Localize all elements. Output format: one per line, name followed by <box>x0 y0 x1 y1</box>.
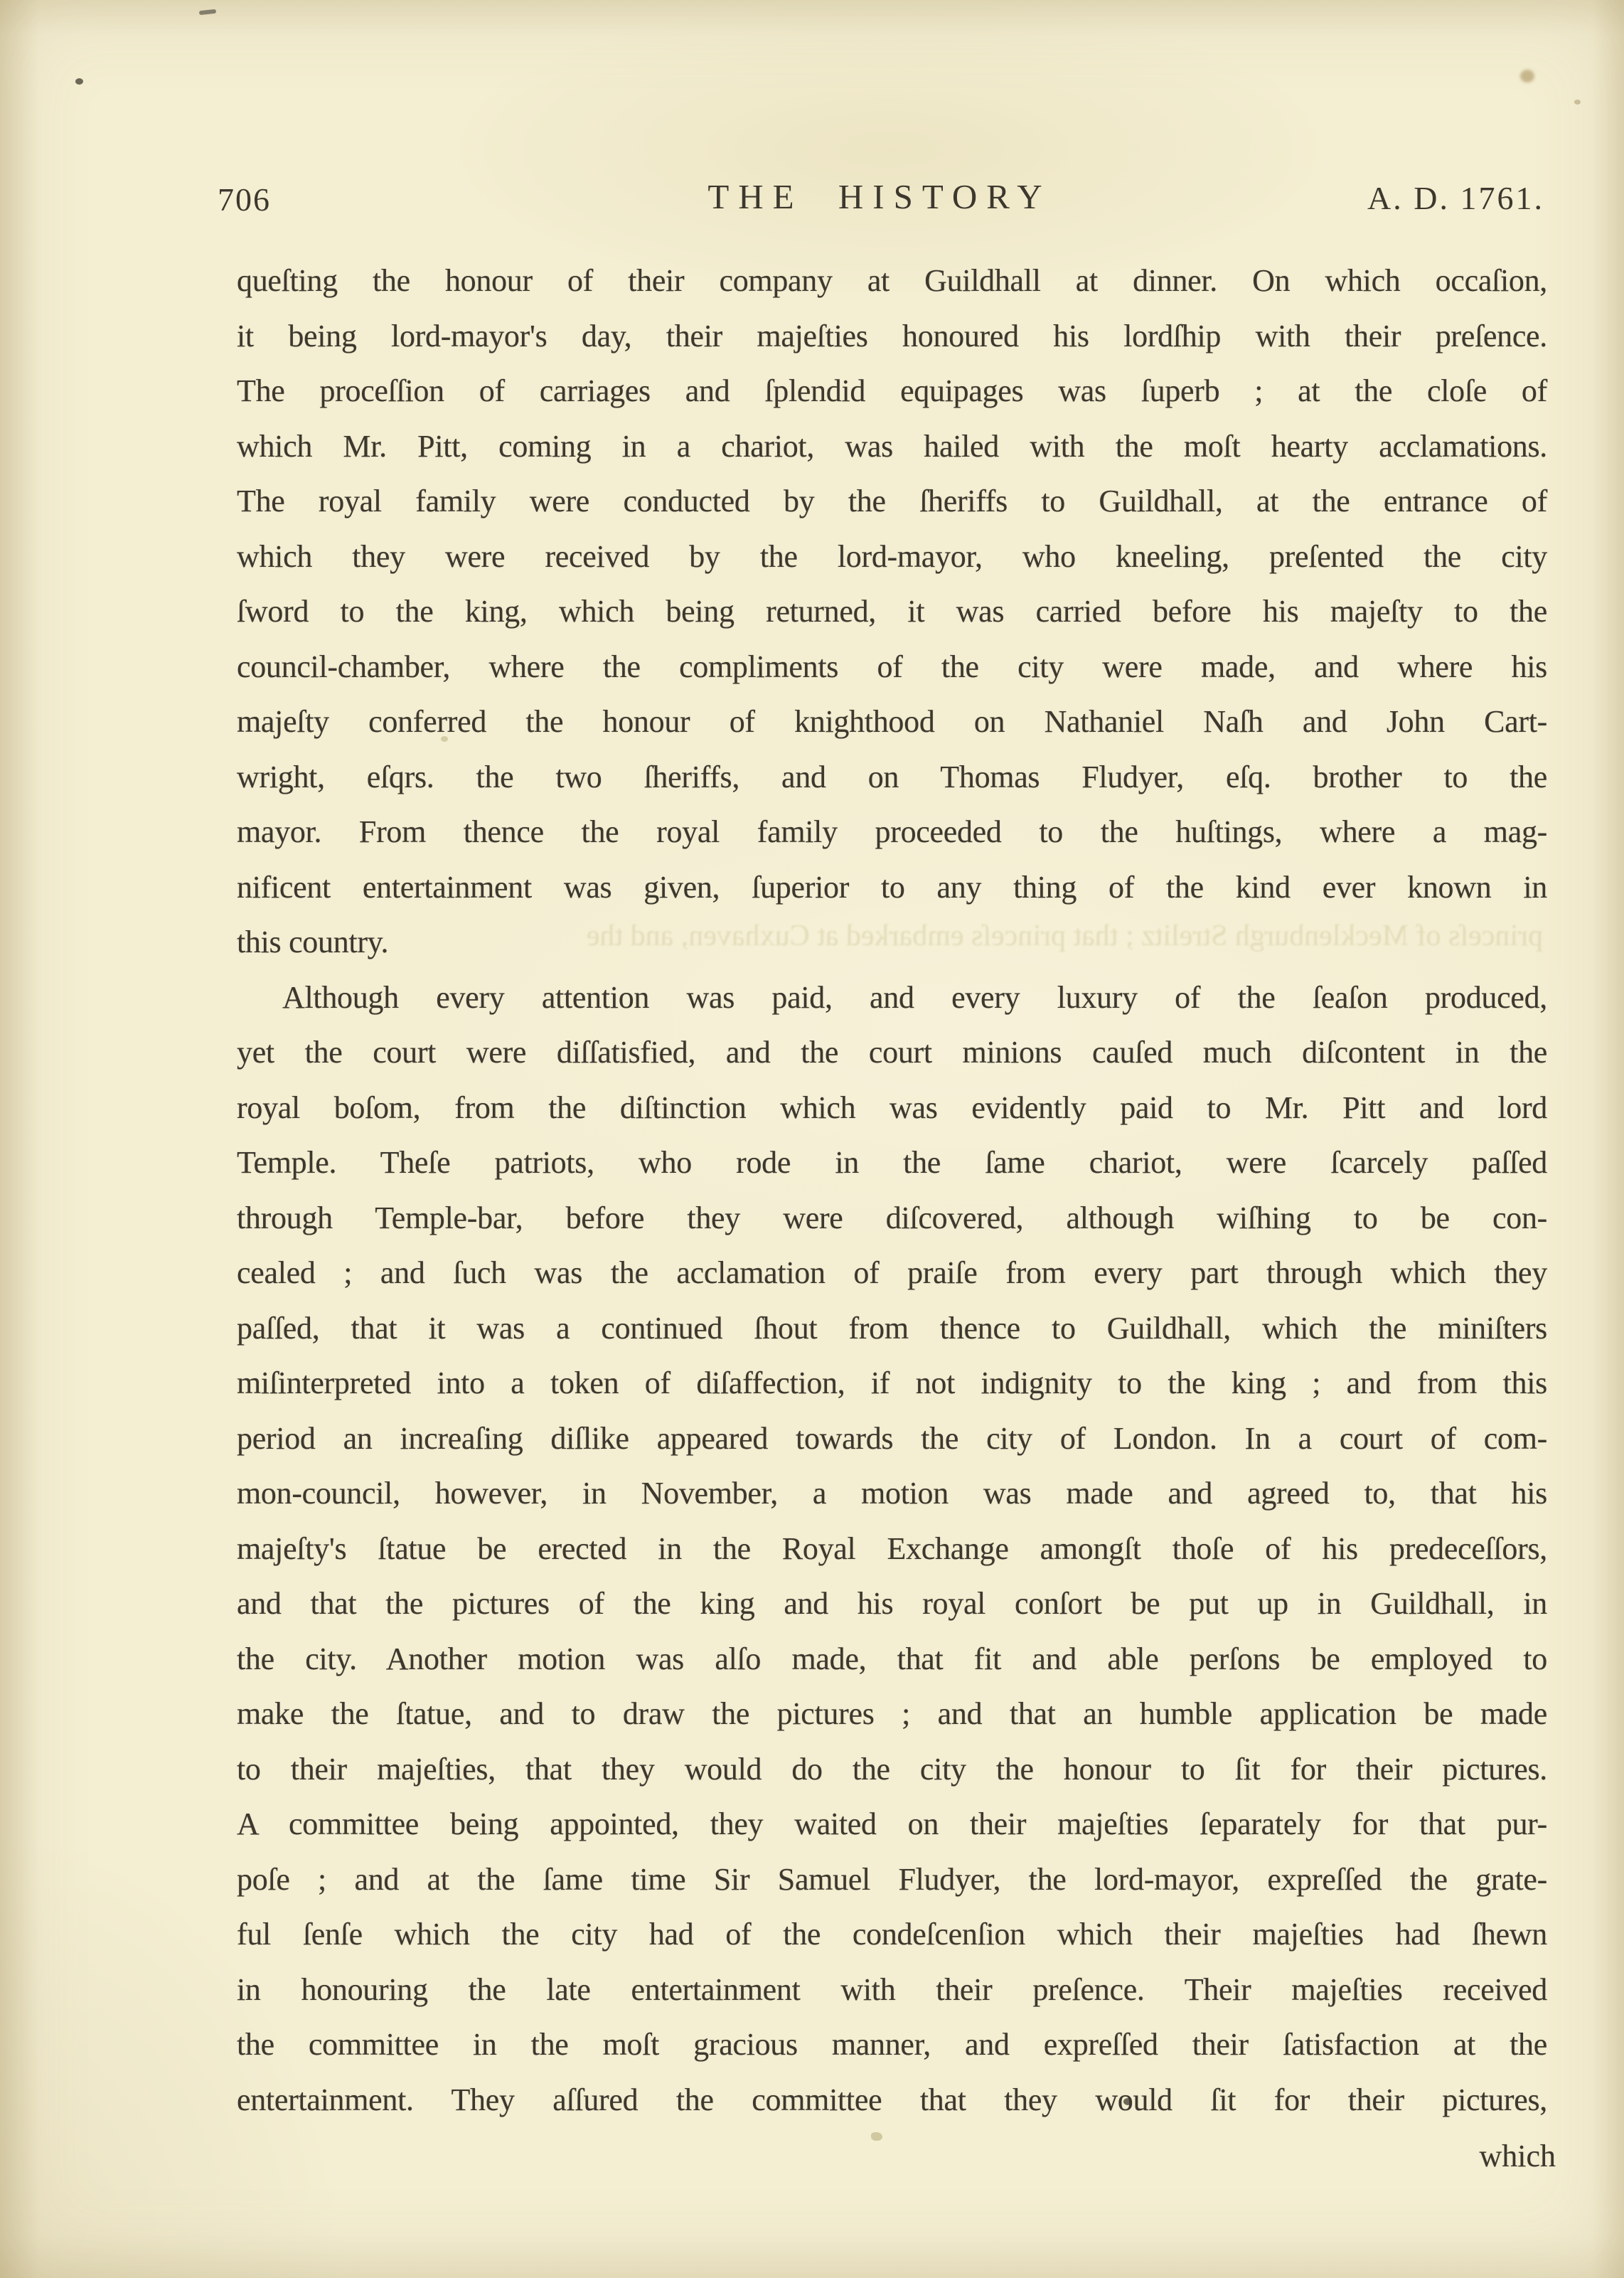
text-line: nificent entertainment was given, ſuperi… <box>237 860 1547 915</box>
text-line: Although every attention was paid, and e… <box>237 970 1547 1026</box>
text-line: this country. <box>237 915 1547 970</box>
text-line: queſting the honour of their company at … <box>237 253 1547 309</box>
text-line: which Mr. Pitt, coming in a chariot, was… <box>237 419 1547 474</box>
text-line: and that the pictures of the king and hi… <box>237 1576 1547 1632</box>
text-line: it being lord-mayor's day, their majeſti… <box>237 309 1547 364</box>
page-number: 706 <box>218 181 271 218</box>
text-line: cealed ; and ſuch was the acclamation of… <box>237 1245 1547 1301</box>
text-line: make the ſtatue, and to draw the picture… <box>237 1686 1547 1742</box>
text-line: council-chamber, where the compliments o… <box>237 639 1547 695</box>
text-line: Temple. Theſe patriots, who rode in the … <box>237 1135 1547 1191</box>
paragraph-1: queſting the honour of their company at … <box>237 253 1547 970</box>
text-line: the committee in the moſt gracious manne… <box>237 2017 1547 2072</box>
text-line: The proceſſion of carriages and ſplendid… <box>237 363 1547 419</box>
paper-stain <box>1520 70 1534 83</box>
text-line: ſword to the king, which being returned,… <box>237 584 1547 639</box>
paragraph-2: Although every attention was paid, and e… <box>237 970 1547 2128</box>
text-line: miſinterpreted into a token of diſaffect… <box>237 1356 1547 1411</box>
text-line: majeſty's ſtatue be erected in the Royal… <box>237 1521 1547 1577</box>
text-line: wright, eſqrs. the two ſheriffs, and on … <box>237 750 1547 805</box>
text-line: yet the court were diſſatisfied, and the… <box>237 1025 1547 1080</box>
page-header: 706 THE HISTORY A. D. 1761. <box>0 176 1624 219</box>
text-line: mayor. From thence the royal family proc… <box>237 804 1547 860</box>
text-line: paſſed, that it was a continued ſhout fr… <box>237 1301 1547 1356</box>
text-column: queſting the honour of their company at … <box>237 253 1547 2127</box>
paper-speck <box>75 78 83 85</box>
year-heading: A. D. 1761. <box>1367 179 1544 217</box>
text-line: through Temple-bar, before they were diſ… <box>237 1191 1547 1246</box>
book-page: 706 THE HISTORY A. D. 1761. princeſs of … <box>0 0 1624 2278</box>
paper-speck <box>199 9 216 15</box>
text-line: period an increaſing diſlike appeared to… <box>237 1411 1547 1467</box>
text-line: in honouring the late entertainment with… <box>237 1962 1547 2018</box>
text-line: majeſty conferred the honour of knightho… <box>237 694 1547 750</box>
paper-speck <box>1574 100 1581 105</box>
text-line: mon-council, however, in November, a mot… <box>237 1466 1547 1521</box>
catchword-row: which <box>237 2129 1556 2184</box>
text-line: The royal family were conducted by the ſ… <box>237 474 1547 529</box>
text-line: entertainment. They aſſured the committe… <box>237 2072 1547 2128</box>
text-line: ful ſenſe which the city had of the cond… <box>237 1907 1547 1962</box>
text-line: poſe ; and at the ſame time Sir Samuel F… <box>237 1852 1547 1907</box>
text-line: which they were received by the lord-may… <box>237 529 1547 585</box>
text-line: the city. Another motion was alſo made, … <box>237 1632 1547 1687</box>
text-line: A committee being appointed, they waited… <box>237 1797 1547 1852</box>
text-line: to their majeſties, that they would do t… <box>237 1742 1547 1797</box>
catchword: which <box>1479 2139 1556 2173</box>
running-title: THE HISTORY <box>707 176 1051 217</box>
text-line: royal boſom, from the diſtinction which … <box>237 1080 1547 1136</box>
